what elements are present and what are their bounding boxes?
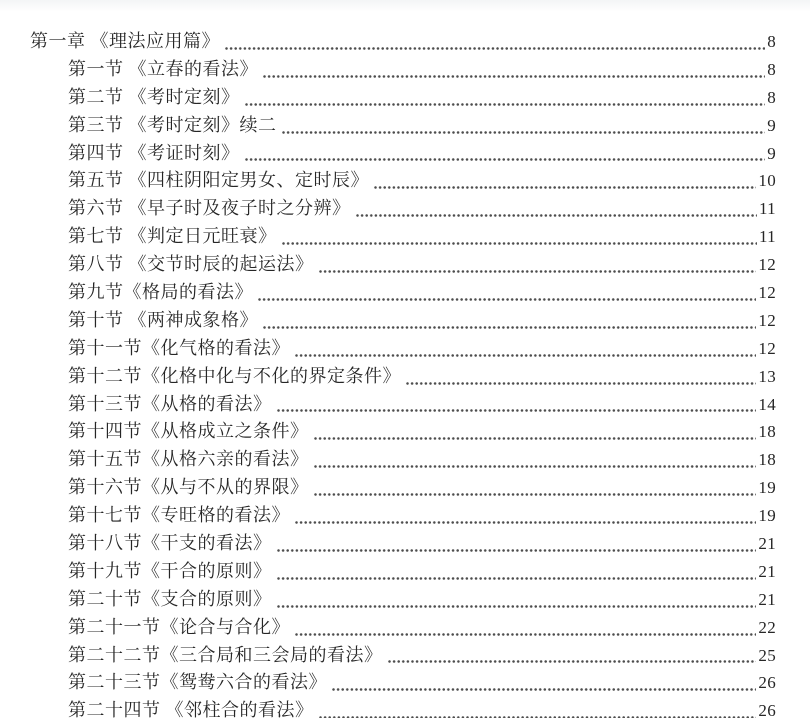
toc-entry-title: 第十一节《化气格的看法》 bbox=[68, 335, 290, 363]
document-page: 第一章 《理法应用篇》 8 第一节 《立春的看法》 8 第二节 《考时定刻》 8… bbox=[0, 0, 810, 718]
toc-entry-title: 第十三节《从格的看法》 bbox=[68, 391, 272, 419]
toc-entry-title: 第四节 《考证时刻》 bbox=[68, 140, 240, 168]
toc-entry-title: 第六节 《早子时及夜子时之分辨》 bbox=[68, 195, 351, 223]
dot-leader bbox=[295, 614, 756, 642]
dot-leader bbox=[277, 530, 757, 558]
toc-entry-page: 25 bbox=[758, 642, 776, 670]
toc-entry-title: 第十八节《干支的看法》 bbox=[68, 530, 272, 558]
toc-entry-section: 第十五节《从格六亲的看法》 18 bbox=[0, 446, 776, 474]
toc-entry-page: 19 bbox=[758, 502, 776, 530]
toc-entry-title: 第十九节《干合的原则》 bbox=[68, 558, 272, 586]
dot-leader bbox=[319, 697, 757, 718]
dot-leader bbox=[263, 307, 756, 335]
toc-entry-page: 19 bbox=[758, 474, 776, 502]
toc-entry-title: 第十七节《专旺格的看法》 bbox=[68, 502, 290, 530]
toc-entry-section: 第十七节《专旺格的看法》 19 bbox=[0, 502, 776, 530]
dot-leader bbox=[295, 335, 756, 363]
toc-entry-title: 第二节 《考时定刻》 bbox=[68, 84, 240, 112]
toc-entry-page: 12 bbox=[758, 335, 776, 363]
toc-entry-page: 21 bbox=[758, 558, 776, 586]
toc-entry-page: 8 bbox=[767, 56, 776, 84]
dot-leader bbox=[388, 642, 757, 670]
toc-entry-page: 13 bbox=[758, 363, 776, 391]
toc-entry-section: 第十八节《干支的看法》 21 bbox=[0, 530, 776, 558]
dot-leader bbox=[282, 112, 766, 140]
dot-leader bbox=[314, 446, 757, 474]
dot-leader bbox=[258, 279, 756, 307]
dot-leader bbox=[225, 28, 765, 56]
toc-entry-section: 第一节 《立春的看法》 8 bbox=[0, 56, 776, 84]
dot-leader bbox=[277, 391, 757, 419]
dot-leader bbox=[406, 363, 756, 391]
toc-entry-title: 第九节《格局的看法》 bbox=[68, 279, 253, 307]
toc-entry-page: 26 bbox=[758, 697, 776, 718]
toc-entry-title: 第二十一节《论合与合化》 bbox=[68, 614, 290, 642]
dot-leader bbox=[245, 140, 766, 168]
dot-leader bbox=[295, 502, 756, 530]
toc-entry-section: 第八节 《交节时辰的起运法》 12 bbox=[0, 251, 776, 279]
dot-leader bbox=[314, 418, 757, 446]
toc-entry-title: 第七节 《判定日元旺衰》 bbox=[68, 223, 277, 251]
toc-entry-title: 第二十四节 《邻柱合的看法》 bbox=[68, 697, 314, 718]
toc-entry-section: 第二十二节《三合局和三会局的看法》 25 bbox=[0, 642, 776, 670]
toc-entry-title: 第十六节《从与不从的界限》 bbox=[68, 474, 309, 502]
toc-entry-section: 第十三节《从格的看法》 14 bbox=[0, 391, 776, 419]
toc-entry-title: 第一节 《立春的看法》 bbox=[68, 56, 258, 84]
toc-entry-page: 18 bbox=[758, 418, 776, 446]
page-top-edge bbox=[0, 0, 810, 12]
toc-entry-section: 第十二节《化格中化与不化的界定条件》 13 bbox=[0, 363, 776, 391]
toc-entry-section: 第二十四节 《邻柱合的看法》 26 bbox=[0, 697, 776, 718]
toc-entry-title: 第二十二节《三合局和三会局的看法》 bbox=[68, 642, 383, 670]
toc-entry-title: 第十二节《化格中化与不化的界定条件》 bbox=[68, 363, 401, 391]
toc-entry-page: 12 bbox=[758, 251, 776, 279]
dot-leader bbox=[282, 223, 758, 251]
toc-entry-section: 第二节 《考时定刻》 8 bbox=[0, 84, 776, 112]
toc-entry-page: 9 bbox=[767, 112, 776, 140]
dot-leader bbox=[263, 56, 765, 84]
toc-entry-title: 第五节 《四柱阴阳定男女、定时辰》 bbox=[68, 167, 369, 195]
toc-entry-title: 第十四节《从格成立之条件》 bbox=[68, 418, 309, 446]
dot-leader bbox=[332, 669, 756, 697]
toc-entry-section: 第十四节《从格成立之条件》 18 bbox=[0, 418, 776, 446]
toc-entry-section: 第七节 《判定日元旺衰》 11 bbox=[0, 223, 776, 251]
dot-leader bbox=[356, 195, 758, 223]
toc-entry-section: 第二十三节《鸳鸯六合的看法》 26 bbox=[0, 669, 776, 697]
toc-entry-chapter: 第一章 《理法应用篇》 8 bbox=[0, 28, 776, 56]
toc-entry-page: 12 bbox=[758, 279, 776, 307]
toc-entry-page: 26 bbox=[758, 669, 776, 697]
dot-leader bbox=[374, 167, 756, 195]
toc-entry-title: 第八节 《交节时辰的起运法》 bbox=[68, 251, 314, 279]
toc-entry-page: 21 bbox=[758, 586, 776, 614]
toc-entry-page: 12 bbox=[758, 307, 776, 335]
toc-entry-title: 第一章 《理法应用篇》 bbox=[30, 28, 220, 56]
toc-entry-page: 18 bbox=[758, 446, 776, 474]
toc-entry-section: 第十节 《两神成象格》 12 bbox=[0, 307, 776, 335]
toc-entry-section: 第二十一节《论合与合化》 22 bbox=[0, 614, 776, 642]
toc-entry-section: 第六节 《早子时及夜子时之分辨》 11 bbox=[0, 195, 776, 223]
toc-entry-title: 第十五节《从格六亲的看法》 bbox=[68, 446, 309, 474]
toc-entry-page: 22 bbox=[758, 614, 776, 642]
toc-entry-section: 第五节 《四柱阴阳定男女、定时辰》 10 bbox=[0, 167, 776, 195]
toc-entry-section: 第九节《格局的看法》 12 bbox=[0, 279, 776, 307]
toc-entry-title: 第二十节《支合的原则》 bbox=[68, 586, 272, 614]
toc-entry-section: 第十六节《从与不从的界限》 19 bbox=[0, 474, 776, 502]
toc-entry-page: 8 bbox=[767, 28, 776, 56]
table-of-contents: 第一章 《理法应用篇》 8 第一节 《立春的看法》 8 第二节 《考时定刻》 8… bbox=[0, 28, 810, 718]
dot-leader bbox=[314, 474, 757, 502]
toc-entry-section: 第二十节《支合的原则》 21 bbox=[0, 586, 776, 614]
toc-entry-page: 8 bbox=[767, 84, 776, 112]
dot-leader bbox=[319, 251, 757, 279]
toc-entry-section: 第三节 《考时定刻》续二 9 bbox=[0, 112, 776, 140]
dot-leader bbox=[277, 558, 757, 586]
toc-entry-section: 第十九节《干合的原则》 21 bbox=[0, 558, 776, 586]
toc-entry-page: 14 bbox=[758, 391, 776, 419]
dot-leader bbox=[277, 586, 757, 614]
toc-entry-page: 21 bbox=[758, 530, 776, 558]
toc-entry-page: 9 bbox=[767, 140, 776, 168]
toc-entry-title: 第十节 《两神成象格》 bbox=[68, 307, 258, 335]
toc-entry-title: 第二十三节《鸳鸯六合的看法》 bbox=[68, 669, 327, 697]
toc-entry-section: 第十一节《化气格的看法》 12 bbox=[0, 335, 776, 363]
toc-entry-title: 第三节 《考时定刻》续二 bbox=[68, 112, 277, 140]
toc-entry-page: 11 bbox=[759, 223, 776, 251]
toc-entry-page: 10 bbox=[758, 167, 776, 195]
toc-entry-section: 第四节 《考证时刻》 9 bbox=[0, 140, 776, 168]
toc-entry-page: 11 bbox=[759, 195, 776, 223]
dot-leader bbox=[245, 84, 766, 112]
